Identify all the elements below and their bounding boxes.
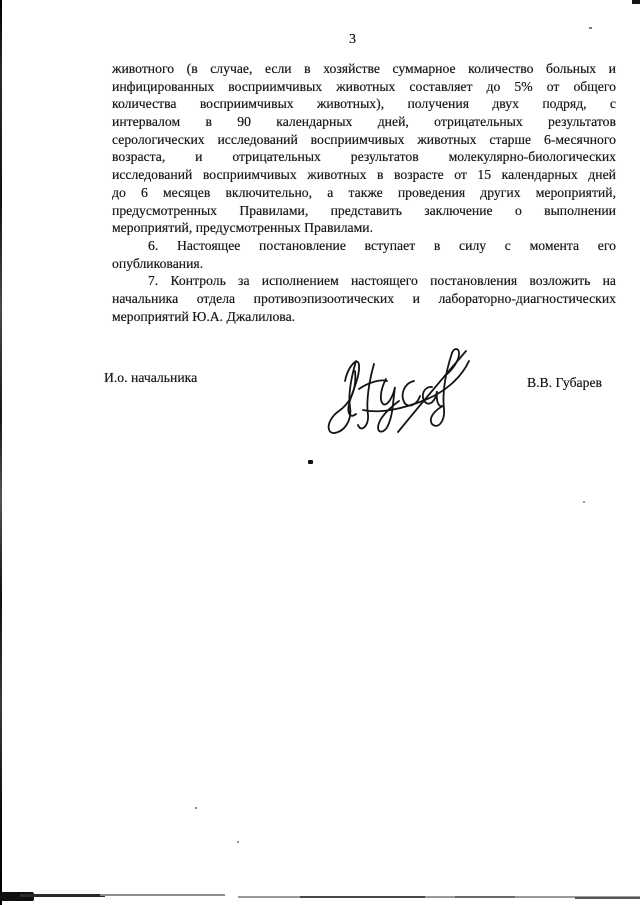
text-line: исследований восприимчивых животных в во…: [112, 166, 616, 184]
text-line: опубликования.: [112, 255, 616, 273]
text-line: животного (в случае, если в хозяйстве су…: [112, 60, 616, 78]
signer-name-label: В.В. Губарев: [527, 375, 602, 391]
document-body: животного (в случае, если в хозяйстве су…: [112, 60, 616, 325]
text-line: 7. Контроль за исполнением настоящего по…: [112, 272, 616, 290]
scanned-document-page: 3 животного (в случае, если в хозяйстве …: [0, 0, 640, 905]
scan-edge-bottom: [300, 896, 425, 898]
text-line: интервалом в 90 календарных дней, отрица…: [112, 113, 616, 131]
scan-edge-bottom: [20, 894, 105, 897]
scan-edge-left: [0, 0, 2, 905]
text-line: предусмотренных Правилами, представить з…: [112, 202, 616, 220]
text-line: инфицированных восприимчивых животных со…: [112, 78, 616, 96]
text-line: до 6 месяцев включительно, а также прове…: [112, 184, 616, 202]
text-line: 6. Настоящее постановление вступает в си…: [112, 237, 616, 255]
scan-speck: [195, 807, 197, 809]
page-number: 3: [349, 32, 356, 48]
text-line: возраста, и отрицательных результатов мо…: [112, 148, 616, 166]
signature-icon: [322, 344, 472, 439]
text-line: мероприятий, предусмотренных Правилами.: [112, 219, 616, 237]
ink-dot: [308, 460, 313, 464]
scan-corner-mark: [632, 0, 640, 4]
scan-speck: [589, 27, 592, 29]
scan-speck: [583, 501, 585, 503]
text-line: мероприятий Ю.А. Джалилова.: [112, 308, 616, 326]
scan-edge-bottom: [455, 896, 515, 898]
text-line: серологических исследований восприимчивы…: [112, 131, 616, 149]
text-line: начальника отдела противоэпизоотических …: [112, 290, 616, 308]
scan-edge-bottom: [100, 894, 225, 896]
scan-speck: [237, 841, 239, 843]
acting-chief-label: И.о. начальника: [104, 370, 197, 386]
text-line: количества восприимчивых животных), полу…: [112, 95, 616, 113]
scan-edge-bottom: [575, 897, 640, 899]
